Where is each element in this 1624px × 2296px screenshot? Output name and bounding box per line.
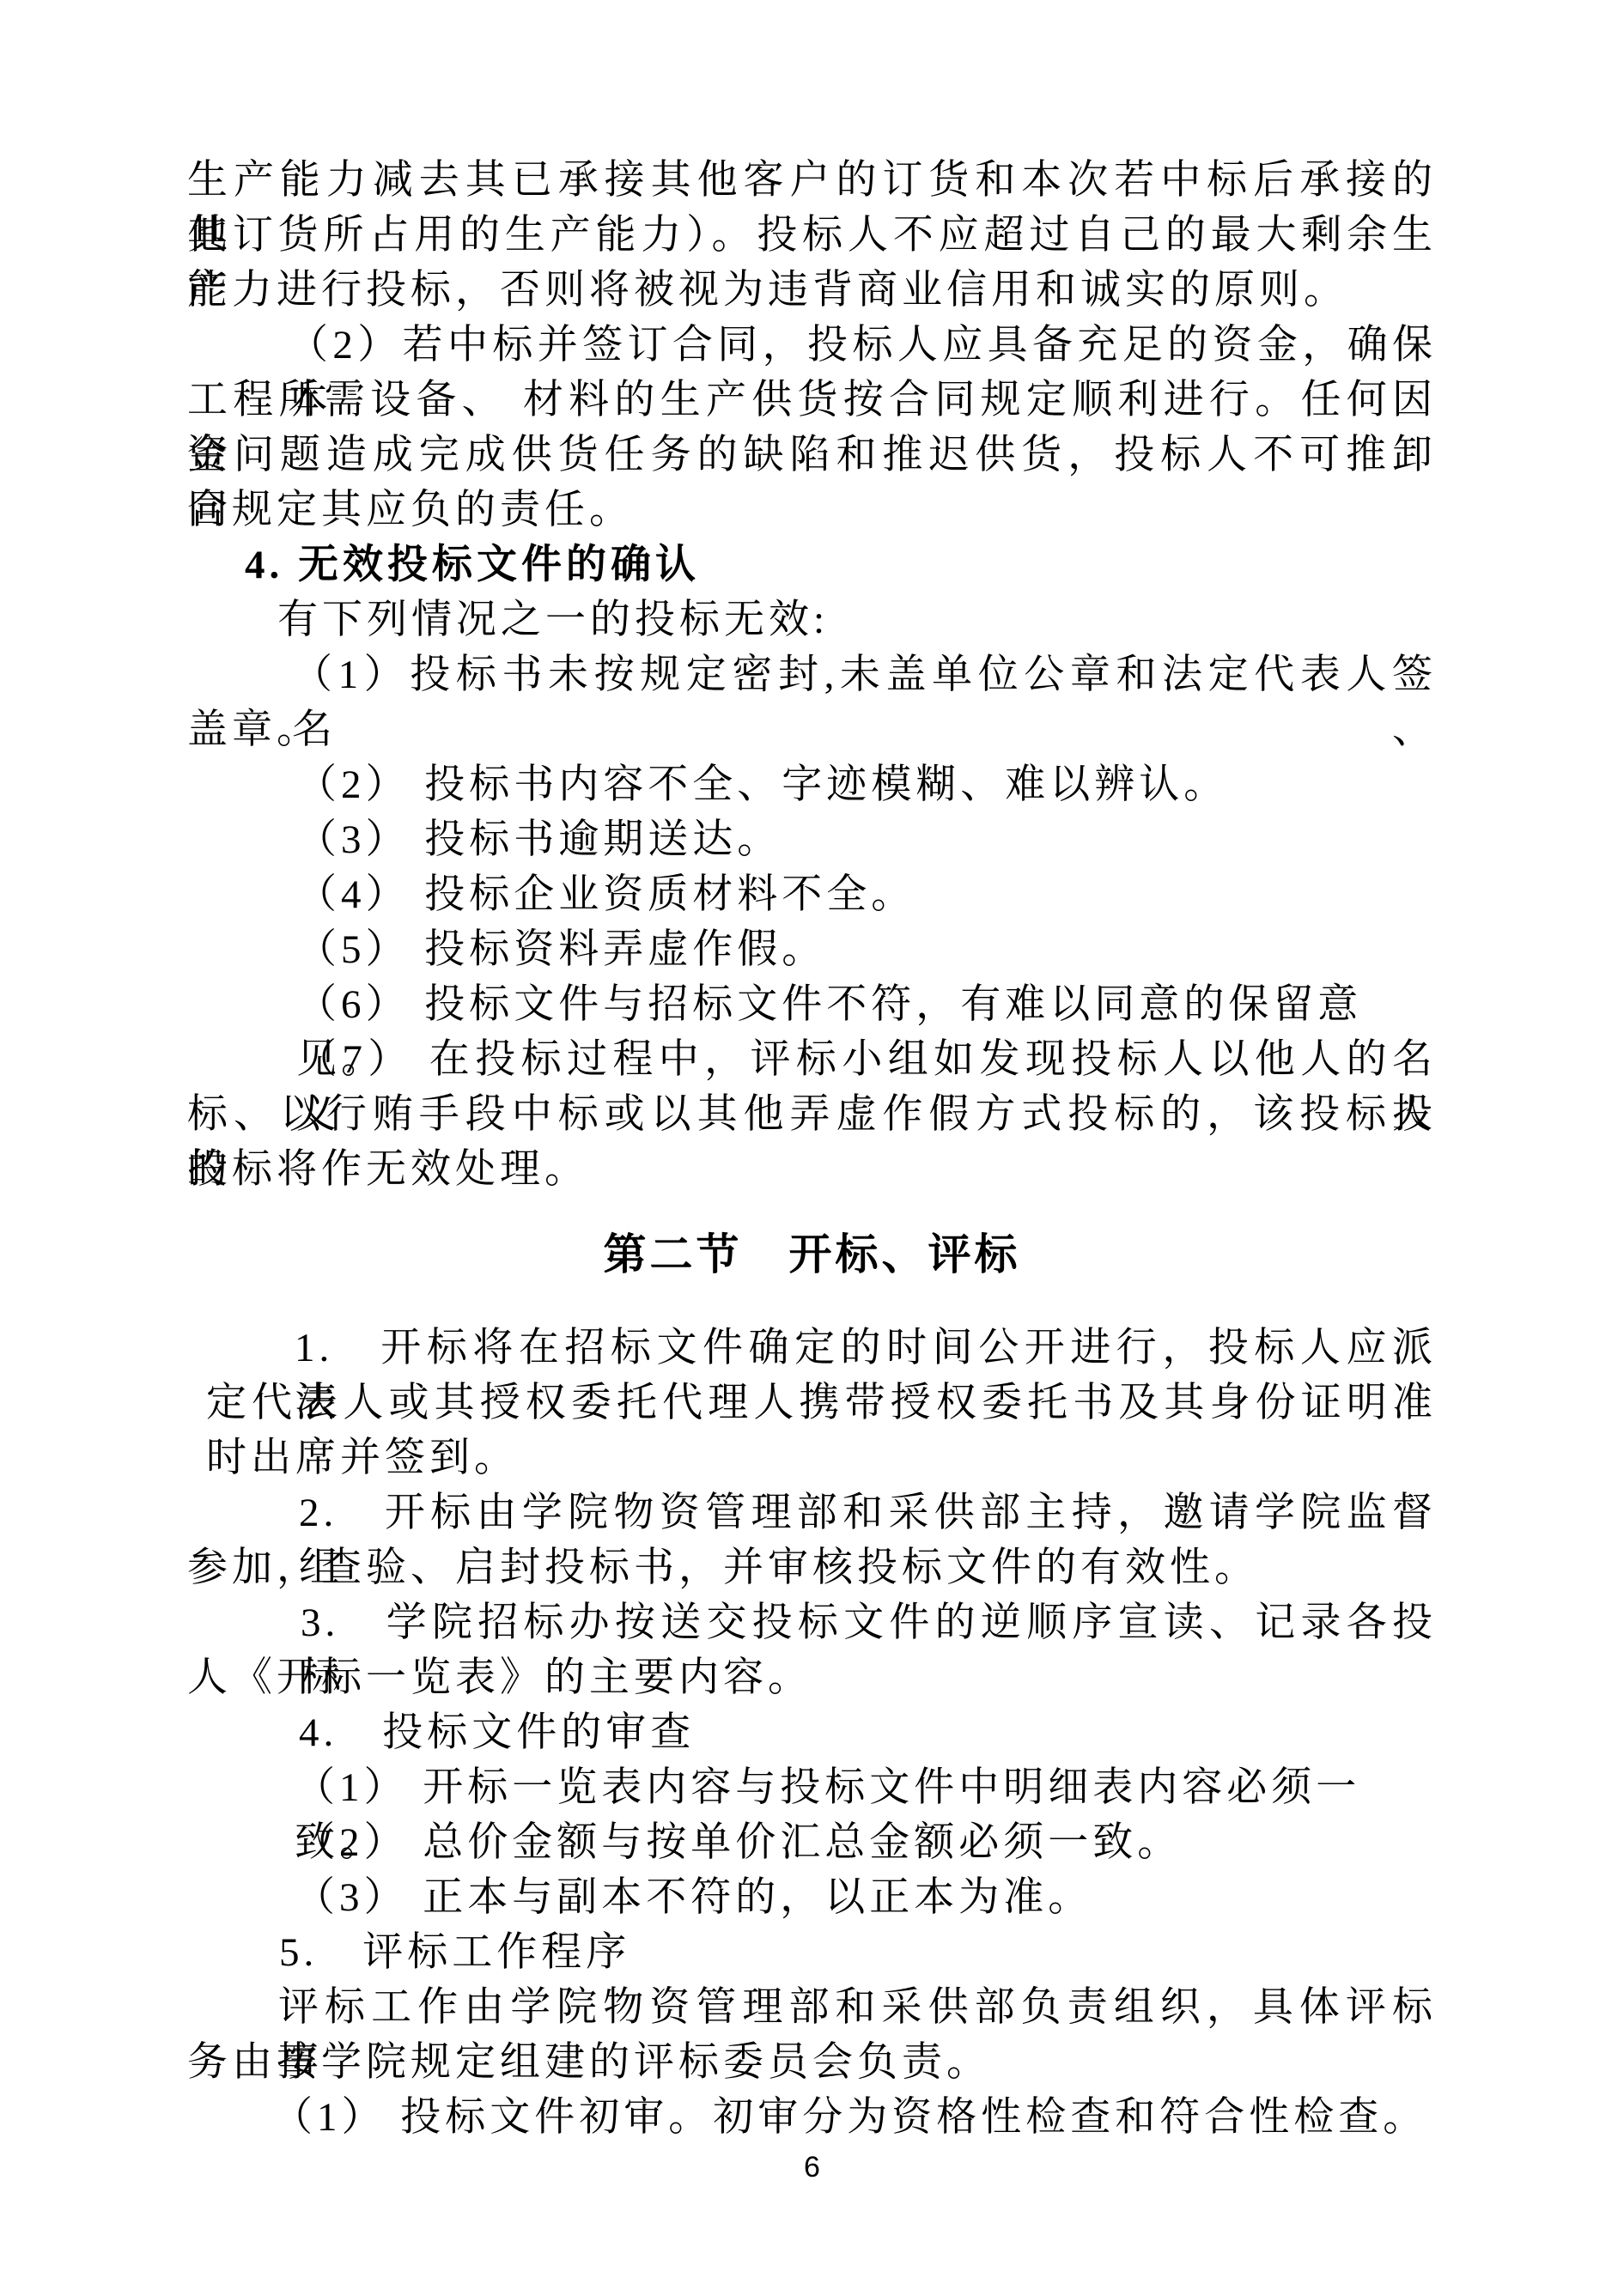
text-line: 标、以行贿手段中标或以其他弄虚作假方式投标的，该投标人的: [187, 1087, 1437, 1142]
text-line: 同规定其应负的责任。: [187, 483, 1437, 538]
document-page: 生产能力减去其已承接其他客户的订货和本次若中标后承接的其他订货所占用的生产能力）…: [0, 0, 1624, 2296]
text-line: （1） 投标文件初审。初审分为资格性检查和符合性检查。: [272, 2090, 1437, 2145]
text-line: 时出席并签到。: [206, 1430, 1437, 1485]
text-line: 2. 开标由学院物资管理部和采供部主持，邀请学院监督组: [299, 1485, 1437, 1540]
text-line: 务由按学院规定组建的评标委员会负责。: [187, 2035, 1437, 2090]
text-line: 工程所需设备、 材料的生产供货按合同规定顺利进行。任何因资: [187, 373, 1437, 428]
text-line: 参加，查验、启封投标书，并审核投标文件的有效性。: [187, 1540, 1437, 1595]
text-line: 1. 开标将在招标文件确定的时间公开进行，投标人应派法: [295, 1321, 1437, 1376]
text-line: 5. 评标工作程序: [279, 1925, 1437, 1980]
document-body: 生产能力减去其已承接其他客户的订货和本次若中标后承接的其他订货所占用的生产能力）…: [187, 153, 1437, 2145]
text-line: 定代表人或其授权委托代理人携带授权委托书及其身份证明准: [206, 1376, 1437, 1430]
text-line: （1）投标书未按规定密封,未盖单位公章和法定代表人签名、: [292, 647, 1437, 702]
text-line: 4. 投标文件的审查: [299, 1705, 1437, 1760]
text-line: 评标工作由学院物资管理部和采供部负责组织，具体评标事: [278, 1980, 1437, 2035]
text-line: （1） 开标一览表内容与投标文件中明细表内容必须一致。: [295, 1760, 1437, 1815]
text-line: 能力进行投标，否则将被视为违背商业信用和诚实的原则。: [187, 263, 1437, 318]
text-line: 有下列情况之一的投标无效:: [277, 592, 1437, 647]
page-number: 6: [0, 2151, 1624, 2184]
text-line: （6） 投标文件与招标文件不符，有难以同意的保留意见。: [296, 977, 1437, 1032]
text-line: 金问题造成完成供货任务的缺陷和推迟供货，投标人不可推卸合: [187, 428, 1437, 483]
text-line: 3. 学院招标办按送交投标文件的逆顺序宣读、记录各投标: [301, 1595, 1437, 1650]
text-line: （2）若中标并签订合同，投标人应具备充足的资金，确保本: [288, 318, 1437, 373]
text-line: 他订货所占用的生产能力）。投标人不应超过自己的最大剩余生产: [187, 208, 1437, 263]
subsection-title: 4. 无效投标文件的确认: [245, 538, 1437, 592]
section-heading: 第二节 开标、评标: [187, 1224, 1437, 1285]
text-line: （3） 正本与副本不符的，以正本为准。: [295, 1870, 1437, 1925]
text-line: （7） 在投标过程中，评标小组如发现投标人以他人的名义投: [296, 1032, 1437, 1087]
text-line: （2） 总价金额与按单价汇总金额必须一致。: [295, 1815, 1437, 1870]
text-line: 投标将作无效处理。: [187, 1142, 1437, 1197]
text-line: 人《开标一览表》的主要内容。: [187, 1650, 1437, 1705]
text-line: （3） 投标书逾期送达。: [296, 812, 1437, 867]
text-line: （4） 投标企业资质材料不全。: [296, 867, 1437, 922]
text-line: （2） 投标书内容不全、字迹模糊、难以辨认。: [296, 757, 1437, 812]
text-line: 生产能力减去其已承接其他客户的订货和本次若中标后承接的其: [187, 153, 1437, 208]
text-line: （5） 投标资料弄虚作假。: [296, 922, 1437, 977]
